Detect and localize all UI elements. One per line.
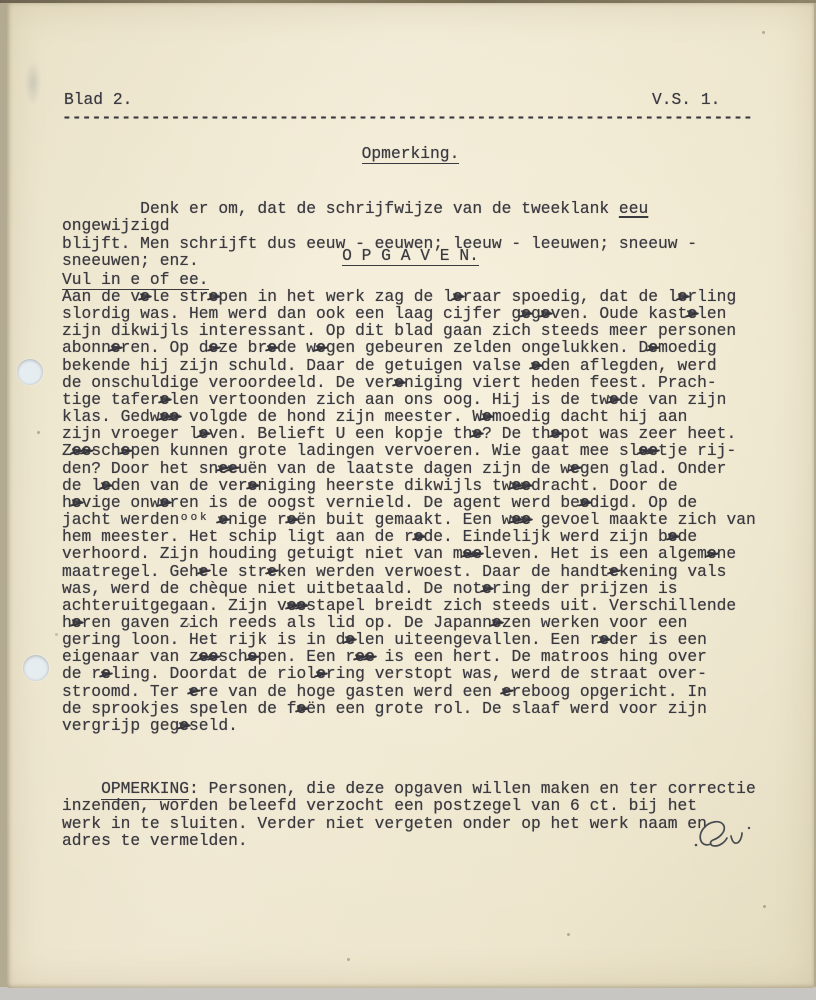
struck-letter: e [414, 527, 424, 546]
struck-letter: e [267, 562, 277, 581]
struck-letter: e [394, 373, 404, 392]
struck-letter: e [209, 338, 219, 357]
document-code: V.S. 1. [652, 91, 720, 108]
struck-letter: e [316, 338, 326, 357]
struck-letter: e [297, 596, 307, 615]
struck-letter: e [707, 544, 717, 563]
struck-letter: e [121, 441, 131, 460]
struck-letter: e [248, 647, 258, 666]
struck-letter: e [199, 424, 209, 443]
struck-letter: e [248, 476, 258, 495]
struck-letter: e [463, 544, 473, 563]
struck-letter: e [492, 613, 502, 632]
struck-letter: e [668, 527, 678, 546]
struck-letter: e [287, 596, 297, 615]
struck-letter: e [218, 459, 228, 478]
struck-letter: e [482, 407, 492, 426]
struck-letter: e [472, 544, 482, 563]
paper-stain [567, 933, 570, 936]
struck-letter: e [687, 304, 697, 323]
note-heading-row: Opmerking. [7, 145, 814, 164]
footer-note: OPMERKING: Personen, die deze opgaven wi… [62, 763, 762, 866]
struck-letter: e [72, 441, 82, 460]
struck-letter: e [511, 510, 521, 529]
note-paragraph-text: Denk er om, dat de schrijfwijze van de t… [101, 199, 619, 218]
struck-letter: e [287, 510, 297, 529]
struck-letter: e [472, 424, 482, 443]
struck-letter: e [570, 459, 580, 478]
struck-letter: e [345, 630, 355, 649]
struck-letter: e [228, 459, 238, 478]
scan-edge-bottom [0, 987, 816, 1000]
struck-letter: e [580, 493, 590, 512]
paper-stain [763, 905, 766, 908]
struck-letter: e [140, 287, 150, 306]
page-number: Blad 2. [64, 91, 132, 108]
struck-letter: e [609, 390, 619, 409]
exercise-body: Aan de vele strepen in het werk zag de l… [62, 288, 772, 734]
paper-stain [37, 431, 40, 434]
struck-letter: e [297, 699, 307, 718]
struck-letter: e [101, 664, 111, 683]
struck-letter: e [482, 579, 492, 598]
struck-letter: e [551, 424, 561, 443]
struck-letter: e [521, 304, 531, 323]
struck-letter: e [72, 493, 82, 512]
struck-letter: e [511, 476, 521, 495]
struck-letter: e [170, 407, 180, 426]
struck-letter: e [82, 441, 92, 460]
struck-letter: e [72, 613, 82, 632]
note-heading: Opmerking. [362, 145, 460, 164]
opgaven-heading: O P G A V E N. [342, 247, 479, 266]
struck-letter: e [648, 441, 658, 460]
struck-letter: e [209, 287, 219, 306]
struck-letter: e [111, 338, 121, 357]
scanned-document-page: { "page": { "header": { "left": "Blad 2.… [0, 0, 816, 1000]
paper-sheet: Blad 2. V.S. 1. ------------------------… [7, 3, 814, 988]
struck-letter: e [267, 338, 277, 357]
struck-letter: e [101, 476, 111, 495]
struck-letter: e [160, 493, 170, 512]
struck-letter: e [316, 664, 326, 683]
struck-letter: e [609, 562, 619, 581]
punch-hole-top [17, 359, 43, 385]
struck-letter: e [648, 338, 658, 357]
struck-letter: e [599, 630, 609, 649]
struck-letter: e [678, 287, 688, 306]
punch-hole-bottom [23, 655, 49, 681]
struck-letter: e [355, 647, 365, 666]
opgaven-heading-row: O P G A V E N. [7, 247, 814, 266]
handwritten-initials [689, 811, 761, 863]
struck-letter: e [521, 510, 531, 529]
header-divider: ----------------------------------------… [62, 109, 753, 126]
paper-stain [347, 958, 350, 961]
struck-letter: e [639, 441, 649, 460]
struck-letter: e [179, 716, 189, 735]
paper-stain [55, 633, 58, 636]
struck-letter: e [365, 647, 375, 666]
struck-letter: e [199, 647, 209, 666]
struck-letter: e [199, 562, 209, 581]
struck-letter: e [218, 510, 228, 529]
struck-letter: e [531, 356, 541, 375]
struck-letter: e [521, 476, 531, 495]
struck-letter: e [189, 682, 199, 701]
struck-letter: e [453, 287, 463, 306]
struck-letter: e [160, 407, 170, 426]
note-paragraph-underlined-word: eeu [619, 199, 648, 218]
struck-letter: e [541, 304, 551, 323]
paper-stain [25, 61, 41, 105]
paper-stain [762, 31, 765, 34]
struck-letter: e [209, 647, 219, 666]
struck-letter: e [502, 682, 512, 701]
